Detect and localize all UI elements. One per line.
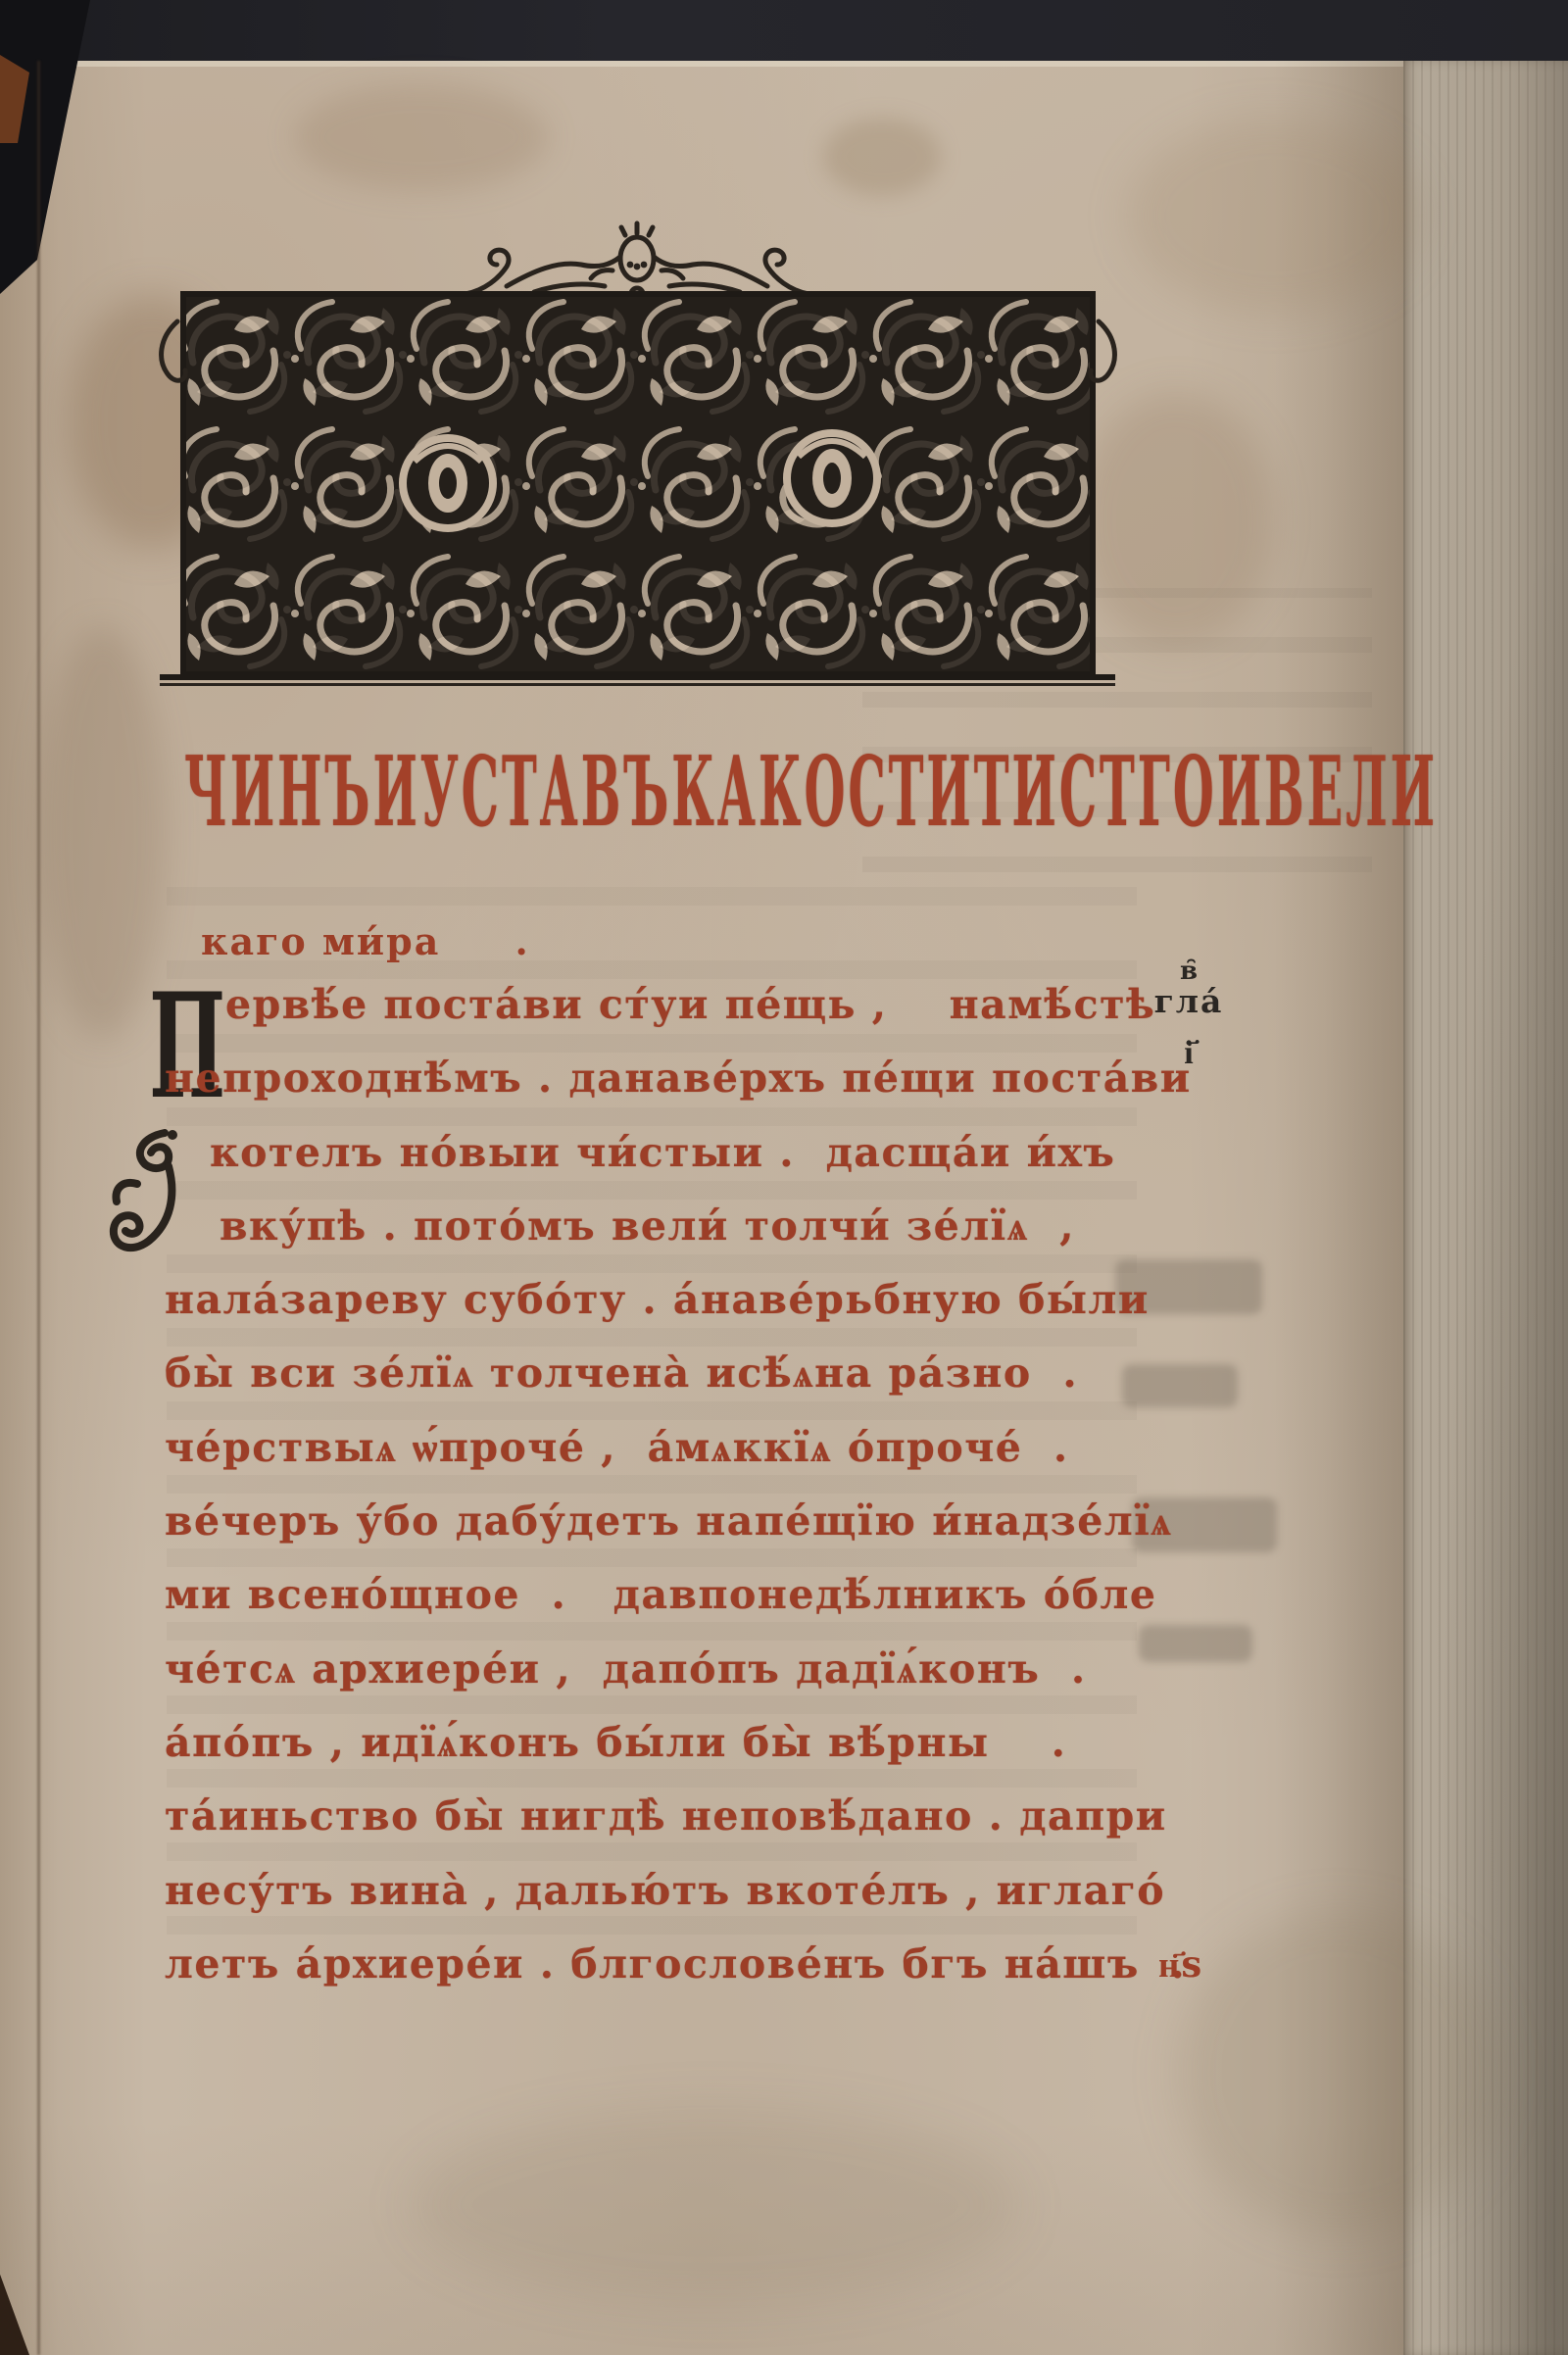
headpiece-crest-icon [456, 231, 818, 300]
text-line: нала́зареву субо́ту . а́наве́рьбную бы́л… [165, 1263, 1150, 1337]
stain [1176, 1911, 1499, 2234]
vyaz-title-text: ЧИНЪИУСТАВЪКАКОСТИТИСТГОИВЕЛИ [184, 741, 1438, 847]
text-line: бы̀ вси зе́лїѧ толчена̀ исѣ́ѧна ра́зно . [165, 1337, 1150, 1410]
scanned-book-page: ЧИНЪИУСТАВЪКАКОСТИТИСТГОИВЕЛИ каго ми́ра… [0, 0, 1568, 2355]
headpiece-woodcut-icon [181, 292, 1095, 676]
chapter-superscript: в̑ [1145, 958, 1233, 984]
folio-number-note: н҃ѕ [1158, 1942, 1203, 1987]
text-line: летъ а́рхиере́и . блгослове́нъ бгъ на́шъ… [165, 1928, 1150, 2001]
chapter-margin-note: в̑ гла́ і҃ [1145, 958, 1233, 1072]
text-line: а́по́пъ , идїѧ́конъ бы́ли бы̀ вѣ́рны . [165, 1706, 1150, 1780]
headpiece-base-rule [160, 674, 1115, 688]
text-line: ми всено́щное . давпонедѣ́лникъ о́бле [165, 1558, 1150, 1632]
stain [294, 83, 549, 191]
stain [1127, 118, 1421, 314]
text-line: ве́черъ у́бо дабу́детъ напе́щїю и́надзе́… [165, 1485, 1150, 1558]
stain [823, 118, 941, 196]
show-through-smudge [1139, 1625, 1252, 1662]
stain [412, 2107, 1019, 2303]
chapter-word: гла́ [1145, 984, 1233, 1019]
text-line: та́иньство бы̀ нигдѣ̀ неповѣ́дано . дапр… [165, 1780, 1150, 1853]
text-line: котелъ но́выи чи́стыи . дасща́и и́хъ [165, 1116, 1150, 1190]
title-continuation: каго ми́ра . [201, 919, 530, 963]
vyaz-title: ЧИНЪИУСТАВЪКАКОСТИТИСТГОИВЕЛИ [184, 741, 1115, 857]
chapter-number: і҃ [1145, 1033, 1233, 1072]
stain [39, 627, 167, 1039]
text-line: ервѣ́е поста́ви ст́уи пе́щь , намѣ́стѣ [165, 968, 1150, 1042]
text-line: непроходнѣ́мъ . данаве́рхъ пе́щи поста́в… [165, 1042, 1150, 1115]
gutter-crease [37, 61, 40, 2355]
text-line: че́рствыѧ ѡ́проче́ , а́мѧккїѧ о́проче́ . [165, 1411, 1150, 1485]
text-line: несу́тъ вина̀ , далью́тъ вкоте́лъ , игла… [165, 1854, 1150, 1928]
body-text-block: ервѣ́е поста́ви ст́уи пе́щь , намѣ́стѣ н… [165, 968, 1150, 2001]
text-line: вку́пѣ . пото́мъ вели́ толчи́ зе́лїѧ , [165, 1190, 1150, 1263]
text-line: че́тсѧ архиере́и , дапо́пъ дадїѧ́конъ . [165, 1633, 1150, 1706]
photo-background-band [0, 0, 1568, 63]
